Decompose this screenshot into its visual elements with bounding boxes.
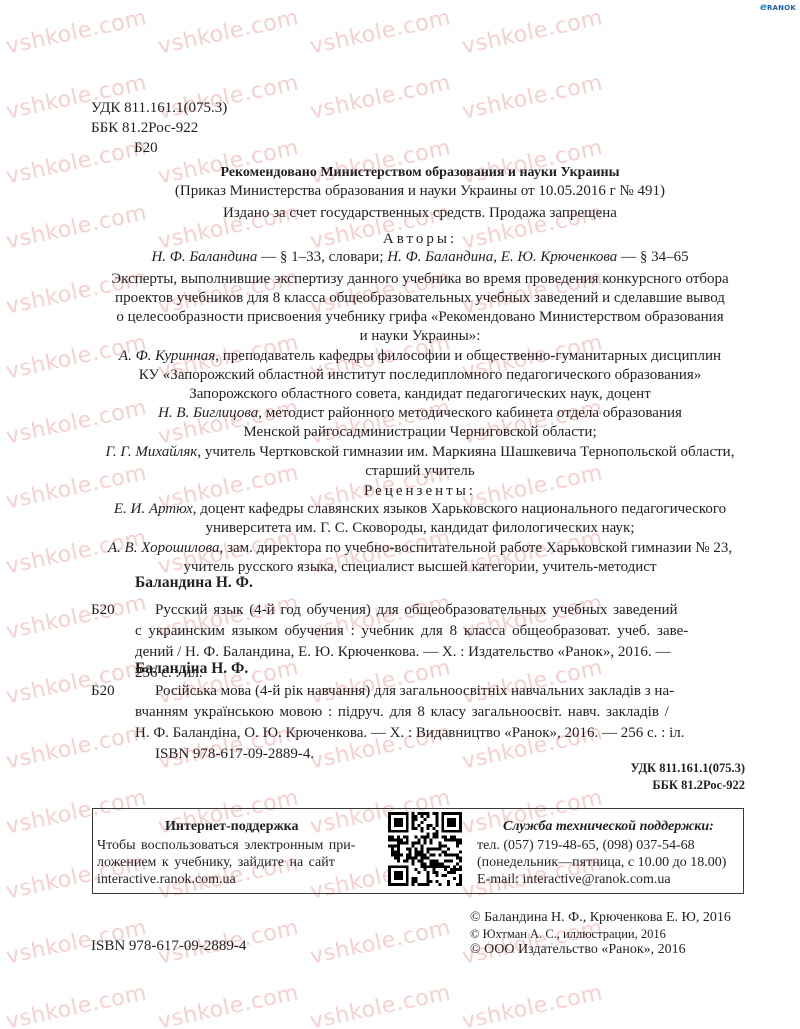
expert-role: КУ «Запорожский областной институт после… (80, 366, 760, 385)
authors-heading: Авторы: (80, 230, 760, 249)
catalog-line-ru: Русский язык (4-й год обучения) для обще… (155, 601, 678, 620)
experts-intro: о целесообразности присвоения учебнику г… (80, 308, 760, 327)
expert-name: Г. Г. Михайляк (106, 444, 198, 460)
catalog-line-ru: с украинским языком обучения : учебник д… (135, 622, 688, 641)
ranok-logo: eRANOK (760, 2, 796, 13)
reviewer-role: , доцент кафедры славянских языков Харьк… (193, 501, 726, 517)
expert-entry: А. Ф. Куринная, преподаватель кафедры фи… (80, 347, 760, 366)
internet-support-link[interactable]: interactive.ranok.com.ua (97, 870, 236, 889)
authors-line: Н. Ф. Баландина — § 1–33, словари; Н. Ф.… (80, 248, 760, 267)
bbk-code: ББК 81.2Рос-922 (91, 119, 198, 138)
expert-name: Н. В. Биглицова (158, 405, 258, 421)
catalog-author-uk: Баландіна Н. Ф. (135, 659, 248, 678)
tech-support-title: Служба технической поддержки: (503, 817, 714, 836)
reviewer-name: А. В. Хорошилова (108, 540, 220, 556)
author-mark: Б20 (134, 139, 158, 158)
expert-entry: Г. Г. Михайляк, учитель Чертковской гимн… (80, 443, 760, 462)
catalog-code-uk: Б20 (91, 682, 115, 701)
reviewer-entry: Е. И. Артюх, доцент кафедры славянских я… (80, 500, 760, 519)
reviewer-entry: А. В. Хорошилова, зам. директора по учеб… (80, 539, 760, 558)
catalog-author-ru: Баландина Н. Ф. (135, 573, 253, 592)
author-sections: — § 1–33, словари; (257, 249, 387, 265)
expert-role: , преподаватель кафедры философии и обще… (215, 348, 721, 364)
reviewers-heading: Рецензенты: (80, 482, 760, 501)
copyright-line: © ООО Издательство «Ранок», 2016 (470, 940, 686, 959)
qr-code-icon[interactable] (388, 812, 462, 886)
recommendation-order: (Приказ Министерства образования и науки… (80, 182, 760, 201)
expert-role: Менской райгосадминистрации Черниговской… (80, 423, 760, 442)
catalog-isbn-uk: ISBN 978-617-09-2889-4. (155, 745, 314, 764)
catalog-line-uk: вчанням українською мовою : підруч. для … (135, 703, 669, 722)
reviewer-name: Е. И. Артюх (114, 501, 193, 517)
author-name: Н. Ф. Баландина (151, 249, 257, 265)
recommendation-title: Рекомендовано Министерством образования … (80, 163, 760, 182)
logo-name: RANOK (767, 4, 796, 12)
tech-support-email[interactable]: E-mail: interactive@ranok.com.ua (477, 870, 671, 889)
imprint-page: УДК 811.161.1(075.3) ББК 81.2Рос-922 Б20… (0, 0, 800, 1029)
catalog-code-ru: Б20 (91, 601, 115, 620)
author-sections: — § 34–65 (617, 249, 688, 265)
catalog-line-uk: Російська мова (4-й рік навчання) для за… (155, 682, 674, 701)
reviewer-role: , зам. директора по учебно-воспитательно… (220, 540, 733, 556)
experts-intro: и науки Украины»: (80, 327, 760, 346)
expert-entry: Н. В. Биглицова, методист районного мето… (80, 404, 760, 423)
expert-role: старший учитель (80, 462, 760, 481)
funding-note: Издано за счет государственных средств. … (80, 204, 760, 223)
expert-role: Запорожского областного совета, кандидат… (80, 385, 760, 404)
experts-intro: Эксперты, выполнившие экспертизу данного… (80, 270, 760, 289)
expert-role: , методист районного методического кабин… (258, 405, 682, 421)
bbk-code-right: ББК 81.2Рос-922 (652, 776, 745, 795)
logo-e-icon: e (760, 2, 767, 13)
udk-code: УДК 811.161.1(075.3) (91, 99, 227, 118)
reviewer-role: университета им. Г. С. Сковороды, кандид… (80, 519, 760, 538)
expert-role: , учитель Чертковской гимназии им. Марки… (197, 444, 734, 460)
expert-name: А. Ф. Куринная (119, 348, 215, 364)
internet-support-title: Интернет-поддержка (165, 817, 299, 836)
footer-isbn: ISBN 978-617-09-2889-4 (91, 937, 246, 956)
experts-intro: проектов учебников для 8 класса общеобра… (80, 289, 760, 308)
author-names: Н. Ф. Баландина, Е. Ю. Крюченкова (387, 249, 617, 265)
catalog-line-uk: Н. Ф. Баландіна, О. Ю. Крюченкова. — Х. … (135, 724, 685, 743)
